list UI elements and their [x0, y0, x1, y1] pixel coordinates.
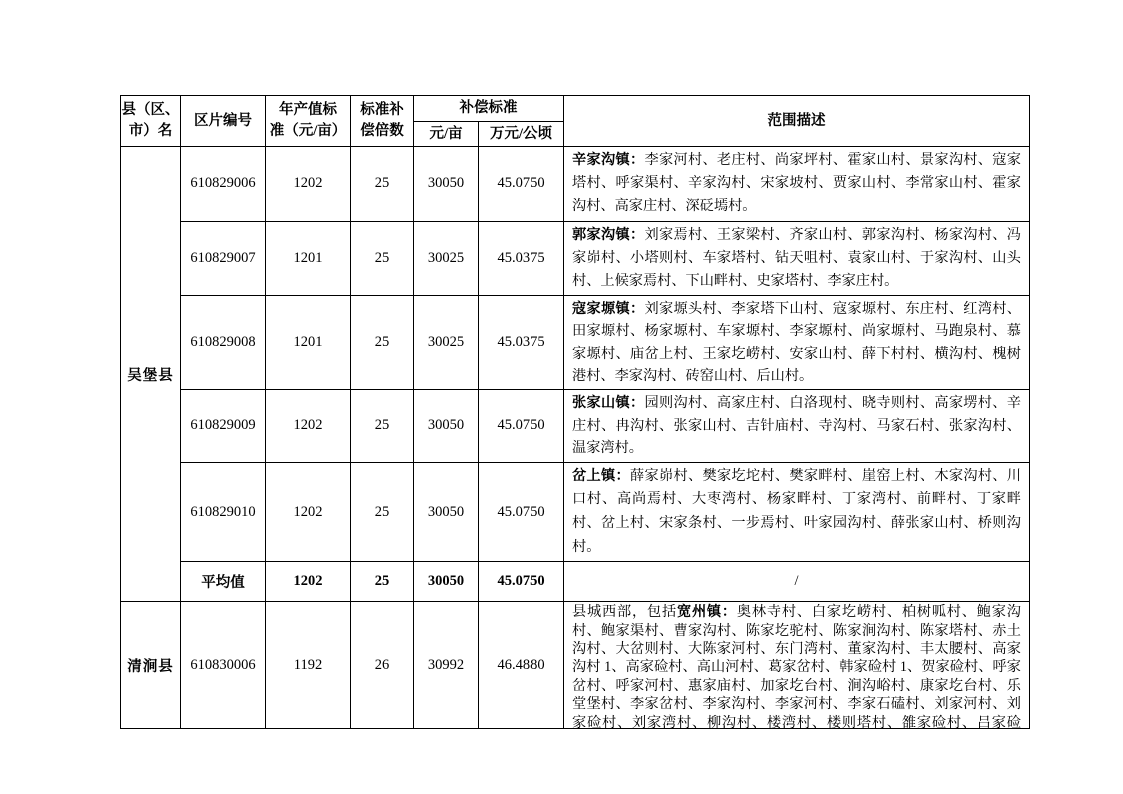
scope-description-cell: 寇家塬镇：刘家塬头村、李家塔下山村、寇家塬村、东庄村、红湾村、田家塬村、杨家塬村… [564, 296, 1030, 390]
header-compensation-group: 补偿标准 [414, 96, 564, 122]
yuan-per-mu-cell: 30050 [414, 147, 479, 222]
scope-description-cell: 郭家沟镇：刘家焉村、王家梁村、齐家山村、郭家沟村、杨家沟村、冯家峁村、小塔则村、… [564, 221, 1030, 296]
wanyuan-per-hectare-cell: 45.0750 [479, 562, 564, 602]
multiplier-cell: 26 [351, 602, 414, 729]
town-name: 郭家沟镇： [572, 227, 644, 243]
yuan-per-mu-cell: 30050 [414, 562, 479, 602]
annual-value-cell: 1201 [266, 296, 351, 390]
zone-code-cell: 610829010 [181, 462, 266, 561]
table-row: 610829009 1202 25 30050 45.0750 张家山镇：园则沟… [121, 390, 1030, 463]
header-scope: 范围描述 [564, 96, 1030, 147]
scope-description-cell: 辛家沟镇：李家河村、老庄村、尚家坪村、霍家山村、景家沟村、寇家塔村、呼家渠村、辛… [564, 147, 1030, 222]
annual-value-cell: 1202 [266, 462, 351, 561]
county-name-wubu: 吴堡县 [121, 147, 181, 602]
multiplier-cell: 25 [351, 562, 414, 602]
header-multiplier: 标准补 偿倍数 [351, 96, 414, 147]
wanyuan-per-hectare-cell: 46.4880 [479, 602, 564, 729]
zone-code-cell: 610829006 [181, 147, 266, 222]
annual-value-cell: 1201 [266, 221, 351, 296]
header-yuan-per-mu: 元/亩 [414, 122, 479, 147]
annual-value-cell: 1202 [266, 147, 351, 222]
table-header-row-1: 县（区、 市）名 区片编号 年产值标 准（元/亩） 标准补 偿倍数 补偿标准 范… [121, 96, 1030, 122]
table-row: 清涧县 610830006 1192 26 30992 46.4880 县城西部… [121, 602, 1030, 729]
zone-code-cell: 610829009 [181, 390, 266, 463]
village-list: 奥林寺村、白家圪崂村、柏树呱村、鲍家沟村、鲍家渠村、曹家沟村、陈家圪驼村、陈家涧… [572, 604, 1021, 728]
town-name: 宽州镇： [677, 604, 737, 620]
header-zone-code: 区片编号 [181, 96, 266, 147]
wanyuan-per-hectare-cell: 45.0750 [479, 462, 564, 561]
average-label: 平均值 [181, 562, 266, 602]
scope-description-cell: / [564, 562, 1030, 602]
scope-description-cell: 县城西部，包括宽州镇：奥林寺村、白家圪崂村、柏树呱村、鲍家沟村、鲍家渠村、曹家沟… [564, 602, 1030, 729]
scope-lead-text: 县城西部，包括 [572, 604, 677, 620]
yuan-per-mu-cell: 30025 [414, 296, 479, 390]
multiplier-cell: 25 [351, 147, 414, 222]
multiplier-cell: 25 [351, 462, 414, 561]
wanyuan-per-hectare-cell: 45.0375 [479, 296, 564, 390]
table-row: 610829007 1201 25 30025 45.0375 郭家沟镇：刘家焉… [121, 221, 1030, 296]
scope-description-cell: 张家山镇：园则沟村、高家庄村、白洛现村、晓寺则村、高家塄村、辛庄村、冉沟村、张家… [564, 390, 1030, 463]
wanyuan-per-hectare-cell: 45.0750 [479, 390, 564, 463]
table-row: 610829010 1202 25 30050 45.0750 岔上镇：薛家峁村… [121, 462, 1030, 561]
town-name: 寇家塬镇： [572, 301, 644, 317]
annual-value-cell: 1202 [266, 390, 351, 463]
zone-code-cell: 610830006 [181, 602, 266, 729]
town-name: 辛家沟镇： [572, 152, 644, 168]
scope-description-cell: 岔上镇：薛家峁村、樊家圪坨村、樊家畔村、崖窑上村、木家沟村、川口村、高尚焉村、大… [564, 462, 1030, 561]
annual-value-cell: 1192 [266, 602, 351, 729]
yuan-per-mu-cell: 30050 [414, 462, 479, 561]
multiplier-cell: 25 [351, 221, 414, 296]
average-row: 平均值 1202 25 30050 45.0750 / [121, 562, 1030, 602]
village-list: 薛家峁村、樊家圪坨村、樊家畔村、崖窑上村、木家沟村、川口村、高尚焉村、大枣湾村、… [572, 468, 1021, 555]
table-row: 610829008 1201 25 30025 45.0375 寇家塬镇：刘家塬… [121, 296, 1030, 390]
wanyuan-per-hectare-cell: 45.0750 [479, 147, 564, 222]
zone-code-cell: 610829008 [181, 296, 266, 390]
town-name: 岔上镇： [572, 468, 630, 484]
county-name-qingjian: 清涧县 [121, 602, 181, 729]
annual-value-cell: 1202 [266, 562, 351, 602]
yuan-per-mu-cell: 30025 [414, 221, 479, 296]
multiplier-cell: 25 [351, 296, 414, 390]
town-name: 张家山镇： [572, 395, 644, 411]
compensation-standard-table: 县（区、 市）名 区片编号 年产值标 准（元/亩） 标准补 偿倍数 补偿标准 范… [120, 95, 1030, 729]
yuan-per-mu-cell: 30050 [414, 390, 479, 463]
header-county: 县（区、 市）名 [121, 96, 181, 147]
wanyuan-per-hectare-cell: 45.0375 [479, 221, 564, 296]
table-row: 吴堡县 610829006 1202 25 30050 45.0750 辛家沟镇… [121, 147, 1030, 222]
yuan-per-mu-cell: 30992 [414, 602, 479, 729]
multiplier-cell: 25 [351, 390, 414, 463]
zone-code-cell: 610829007 [181, 221, 266, 296]
header-wanyuan-per-hectare: 万元/公顷 [479, 122, 564, 147]
header-annual-value: 年产值标 准（元/亩） [266, 96, 351, 147]
